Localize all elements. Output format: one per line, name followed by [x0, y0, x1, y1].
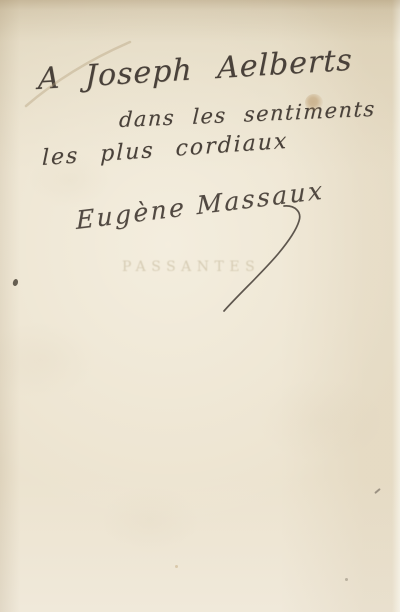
signature: Eugène Massaux — [76, 175, 325, 235]
ink-speck — [12, 278, 19, 286]
dedication-line-recipient: A Joseph Aelberts — [38, 43, 353, 97]
dedication-line-sentiments: dans les sentiments — [118, 97, 376, 132]
scanned-book-page: PASSANTES A Joseph Aelberts dans les sen… — [0, 0, 400, 612]
paper-fleck — [345, 578, 348, 581]
ghost-title-showthrough: PASSANTES — [122, 259, 260, 275]
paper-fleck — [175, 565, 178, 568]
dedication-line-cordial: les plus cordiaux — [42, 129, 289, 171]
paper-fleck — [374, 488, 381, 494]
stain-spot — [305, 94, 323, 111]
